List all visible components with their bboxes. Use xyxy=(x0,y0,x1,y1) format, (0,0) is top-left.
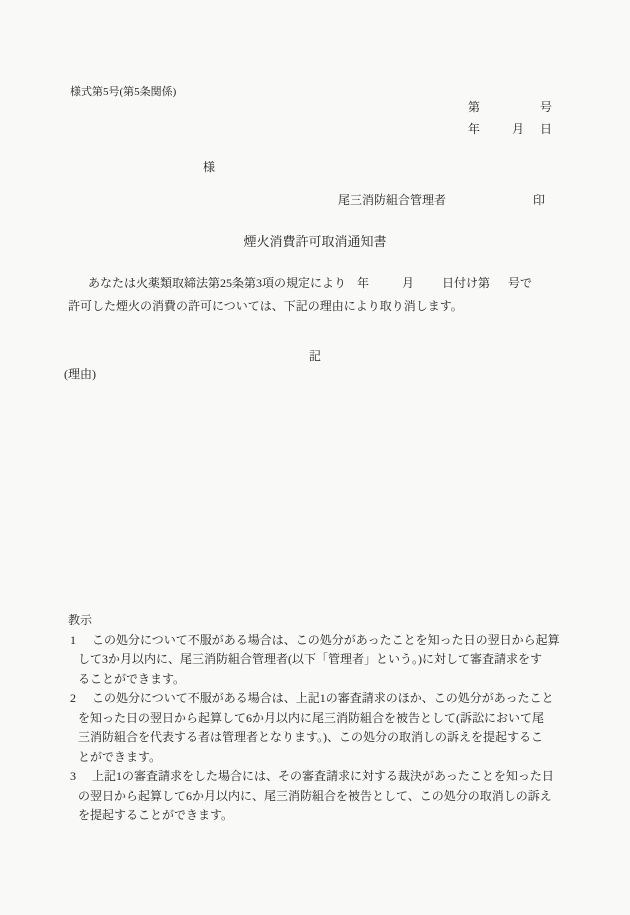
issuer-name: 尾三消防組合管理者 xyxy=(338,193,446,207)
note-line: して3か月以内に、尾三消防組合管理者(以下「管理者」という。)に対して審査請求を… xyxy=(68,650,573,670)
document-number-suffix: 号 xyxy=(540,100,552,114)
note-text: 上記1の審査請求をした場合には、その審査請求に対する裁決があったことを知った日 xyxy=(92,769,554,783)
appeal-instructions-heading: 教示 xyxy=(68,611,573,631)
note-line: 1この処分について不服がある場合は、この処分があったことを知った日の翌日から起算 xyxy=(68,631,573,651)
appeal-instructions-section: 教示 1この処分について不服がある場合は、この処分があったことを知った日の翌日か… xyxy=(68,611,573,826)
date-month-label: 月 xyxy=(512,122,524,136)
note-item-2: 2この処分について不服がある場合は、上記1の審査請求のほか、この処分があったこと… xyxy=(68,689,573,767)
note-item-1: 1この処分について不服がある場合は、この処分があったことを知った日の翌日から起算… xyxy=(68,631,573,690)
note-line: とができます。 xyxy=(68,748,573,768)
note-item-3: 3上記1の審査請求をした場合には、その審査請求に対する裁決があったことを知った日… xyxy=(68,767,573,826)
note-line: 2この処分について不服がある場合は、上記1の審査請求のほか、この処分があったこと xyxy=(68,689,573,709)
body-line2: 許可した煙火の消費の許可については、下記の理由により取り消します。 xyxy=(68,299,463,313)
seal-mark: 印 xyxy=(533,193,545,207)
note-text: この処分について不服がある場合は、この処分があったことを知った日の翌日から起算 xyxy=(92,633,560,647)
form-style-label: 様式第5号(第5条関係) xyxy=(70,85,176,99)
document-page: 様式第5号(第5条関係) 第 号 年 月 日 様 尾三消防組合管理者 印 煙火消… xyxy=(0,0,630,915)
document-title: 煙火消費許可取消通知書 xyxy=(0,231,630,250)
record-marker: 記 xyxy=(0,347,630,364)
date-day-label: 日 xyxy=(540,122,552,136)
body-blank-day-number-label: 日付け第 xyxy=(442,276,490,290)
note-number: 1 xyxy=(70,631,76,651)
note-line: の翌日から起算して6か月以内に、尾三消防組合を被告として、この処分の取消しの訴え xyxy=(68,787,573,807)
note-text: この処分について不服がある場合は、上記1の審査請求のほか、この処分があったこと xyxy=(92,691,554,705)
note-line: ることができます。 xyxy=(68,670,573,690)
document-number-prefix: 第 xyxy=(468,100,480,114)
body-blank-number-suffix: 号で xyxy=(508,276,532,290)
note-line: を知った日の翌日から起算して6か月以内に尾三消防組合を被告として(訴訟において尾 xyxy=(68,709,573,729)
addressee-honorific: 様 xyxy=(203,160,215,174)
note-line: 3上記1の審査請求をした場合には、その審査請求に対する裁決があったことを知った日 xyxy=(68,767,573,787)
body-blank-month-label: 月 xyxy=(402,276,414,290)
note-line: を提起することができます。 xyxy=(68,806,573,826)
reason-label: (理由) xyxy=(64,367,96,381)
body-blank-year-label: 年 xyxy=(357,276,369,290)
note-number: 2 xyxy=(70,689,76,709)
body-line1-lead: あなたは火薬類取締法第25条第3項の規定により xyxy=(68,276,346,290)
date-year-label: 年 xyxy=(468,122,480,136)
note-line: 三消防組合を代表する者は管理者となります。)、この処分の取消しの訴えを提起するこ xyxy=(68,728,573,748)
note-number: 3 xyxy=(70,767,76,787)
